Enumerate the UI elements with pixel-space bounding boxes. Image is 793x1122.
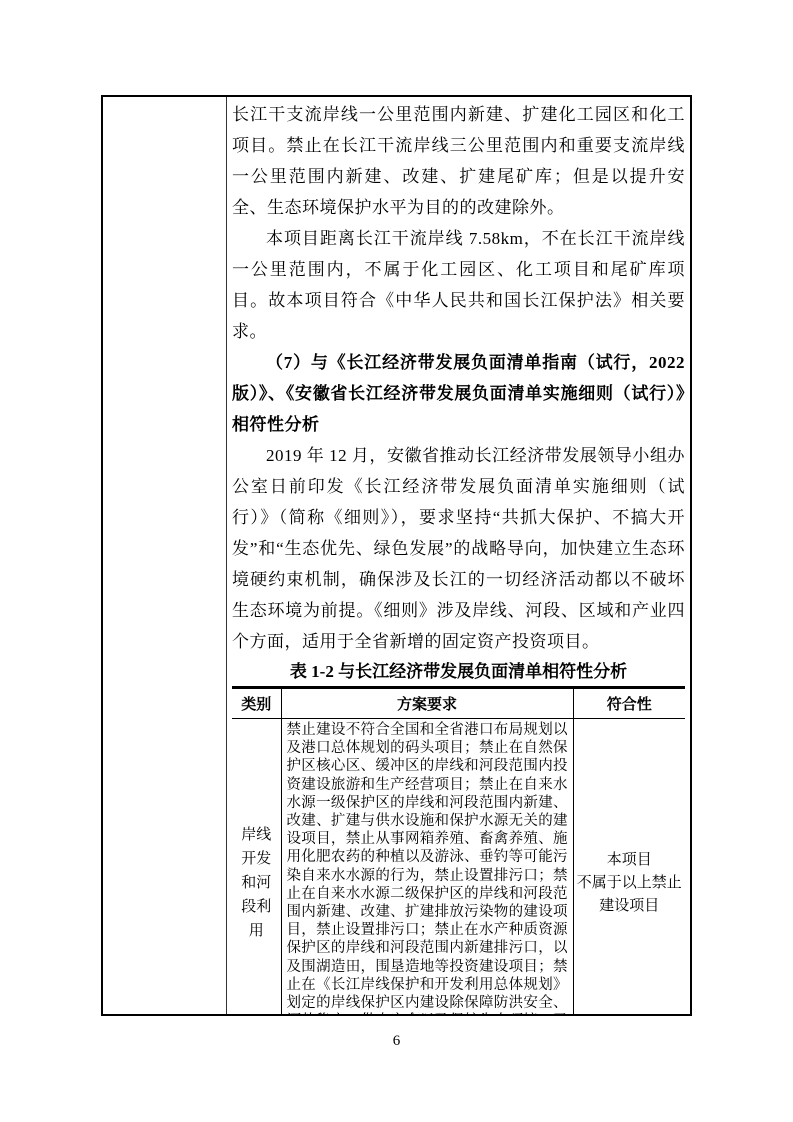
table-1-2-title: 表 1-2 与长江经济带发展负面清单相符性分析 [232, 660, 685, 684]
paragraph-project-compliance: 本项目距离长江干流岸线 7.58km，不在长江干流岸线一公里范围内，不属于化工园… [232, 223, 685, 347]
category-text: 岸线 开发 和河 段利 用 [233, 823, 280, 943]
paragraph-yangtze-prohibition: 长江干支流岸线一公里范围内新建、扩建化工园区和化工项目。禁止在长江干流岸线三公里… [232, 99, 685, 223]
page-number: 6 [0, 1033, 793, 1050]
cell-category: 岸线 开发 和河 段利 用 [232, 719, 281, 1015]
heading-section-7: （7）与《长江经济带发展负面清单指南（试行，2022 版）》、《安徽省长江经济带… [232, 347, 685, 440]
left-label-column [103, 97, 227, 1014]
table-header-row: 类别 方案要求 符合性 [232, 688, 685, 719]
table-header-category: 类别 [232, 688, 281, 719]
requirement-text: 禁止建设不符合全国和全省港口布局规划以及港口总体规划的码头项目；禁止在自然保护区… [283, 720, 572, 1014]
table-header-requirement: 方案要求 [281, 688, 573, 719]
table-row: 岸线 开发 和河 段利 用 禁止建设不符合全国和全省港口布局规划以及港口总体规划… [232, 719, 685, 1015]
compliance-table: 类别 方案要求 符合性 岸线 开发 和河 段利 用 禁止建设不符合全国和全省港口… [232, 686, 685, 1014]
paragraph-2019-detail: 2019 年 12 月，安徽省推动长江经济带发展领导小组办公室日前印发《长江经济… [232, 440, 685, 657]
main-content-column: 长江干支流岸线一公里范围内新建、扩建化工园区和化工项目。禁止在长江干流岸线三公里… [227, 97, 690, 1014]
table-header-compliance: 符合性 [573, 688, 685, 719]
cell-requirement: 禁止建设不符合全国和全省港口布局规划以及港口总体规划的码头项目；禁止在自然保护区… [281, 719, 573, 1015]
compliance-text: 本项目 不属于以上禁止 建设项目 [575, 849, 685, 918]
content-frame: 长江干支流岸线一公里范围内新建、扩建化工园区和化工项目。禁止在长江干流岸线三公里… [101, 95, 692, 1016]
cell-compliance: 本项目 不属于以上禁止 建设项目 [573, 719, 685, 1015]
